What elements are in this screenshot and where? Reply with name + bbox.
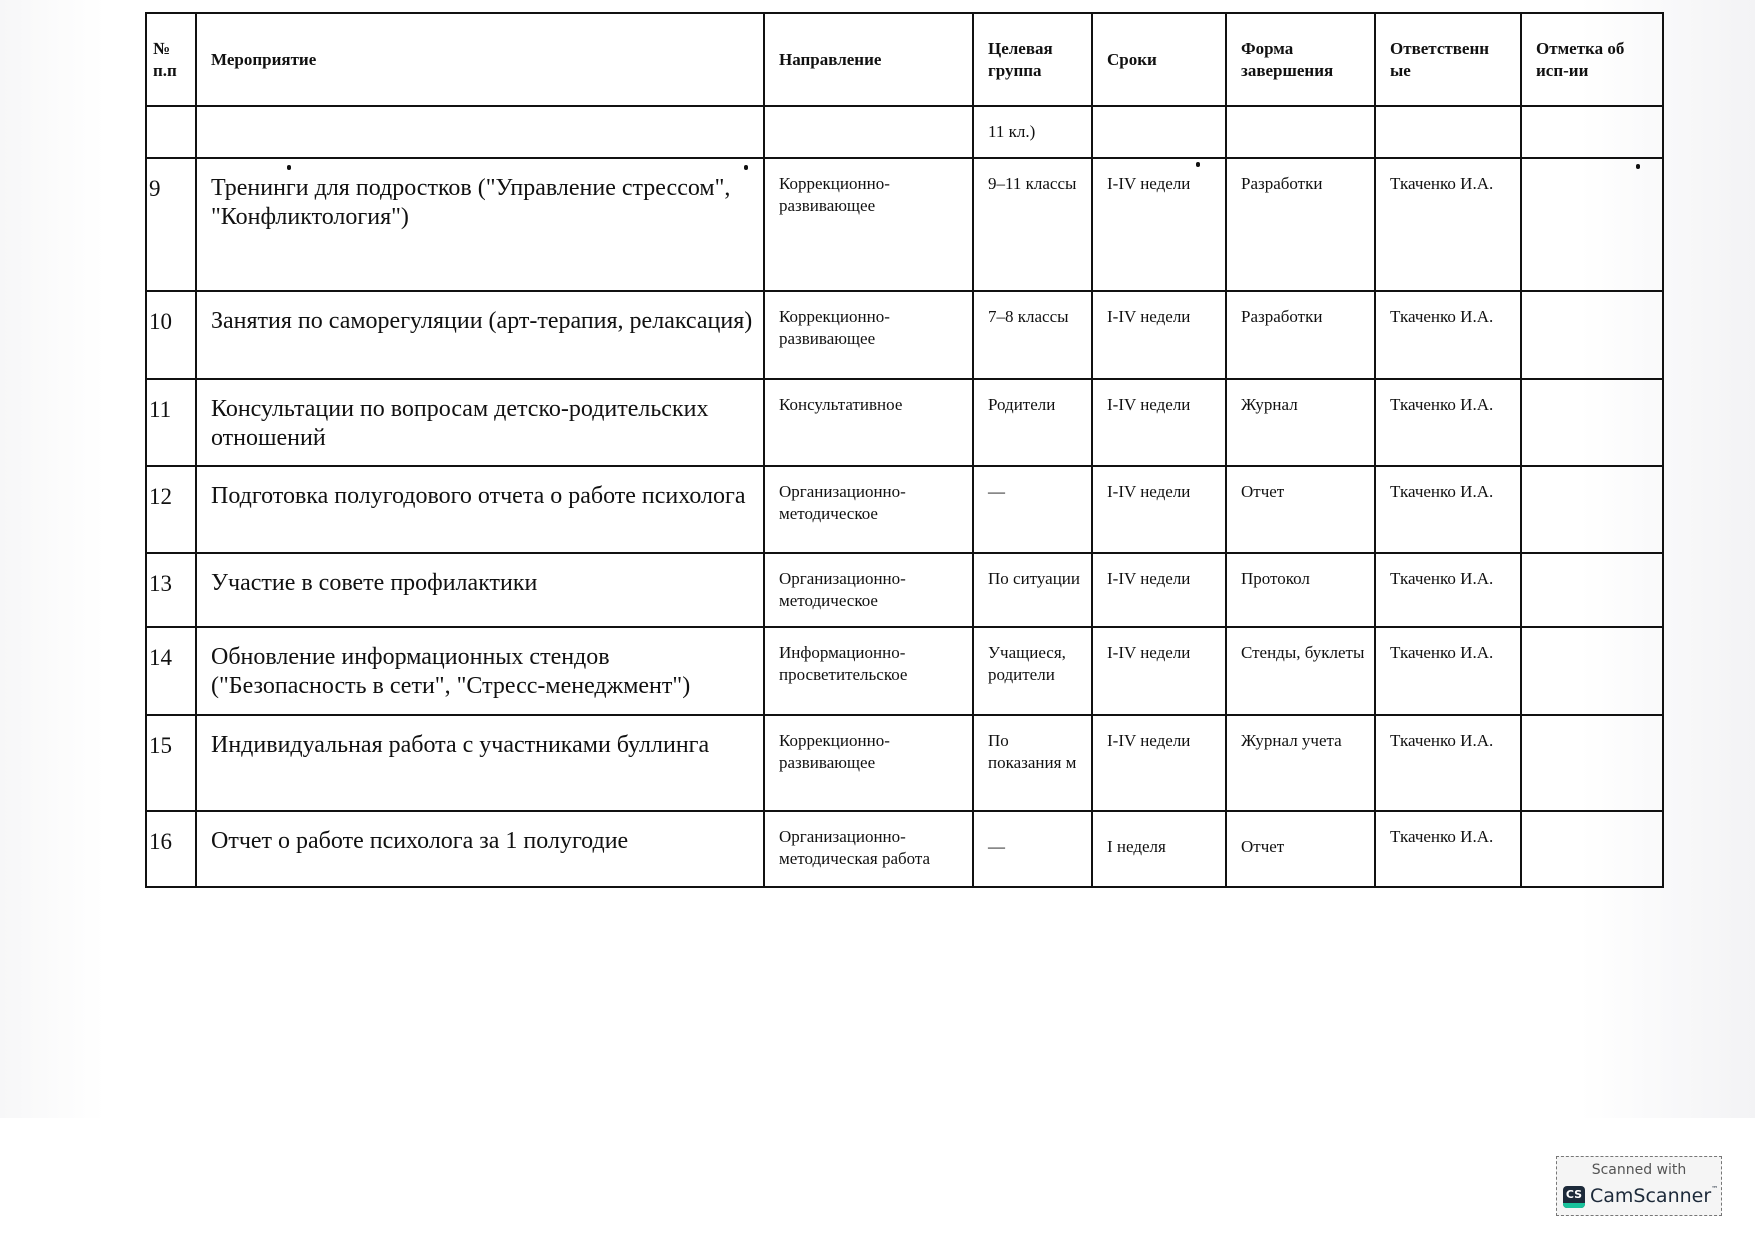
cell-responsible: Ткаченко И.А.	[1375, 553, 1521, 627]
cell-form: Протокол	[1226, 553, 1375, 627]
cell-direction: Коррекционно-развивающее	[764, 715, 973, 811]
cell-event: Подготовка полугодового отчета о работе …	[196, 466, 764, 553]
scan-speck	[1196, 162, 1200, 167]
cell-terms: I неделя	[1092, 811, 1226, 887]
cell-direction: Консультативное	[764, 379, 973, 466]
cell-responsible: Ткаченко И.А.	[1375, 627, 1521, 715]
cell-event: Индивидуальная работа с участниками булл…	[196, 715, 764, 811]
cell-mark	[1521, 466, 1663, 553]
cell-target: —	[973, 466, 1092, 553]
cell-terms: I-IV недели	[1092, 158, 1226, 291]
cell-direction: Организационно-методическое	[764, 466, 973, 553]
header-direction: Направление	[764, 13, 973, 106]
cell-direction	[764, 106, 973, 158]
cell-target: По показания м	[973, 715, 1092, 811]
cell-target: Родители	[973, 379, 1092, 466]
cell-event: Отчет о работе психолога за 1 полугодие	[196, 811, 764, 887]
table-row: 13Участие в совете профилактикиОрганизац…	[146, 553, 1663, 627]
cell-event: Участие в совете профилактики	[196, 553, 764, 627]
header-responsible: Ответственн ые	[1375, 13, 1521, 106]
cell-form: Разработки	[1226, 158, 1375, 291]
watermark-brand: CamScanner™	[1590, 1185, 1718, 1207]
cell-mark	[1521, 811, 1663, 887]
cell-target: 9–11 классы	[973, 158, 1092, 291]
table-row-continuation: 11 кл.)	[146, 106, 1663, 158]
cell-event: Обновление информационных стендов ("Безо…	[196, 627, 764, 715]
cell-num: 9	[146, 158, 196, 291]
cell-responsible: Ткаченко И.А.	[1375, 811, 1521, 887]
cell-event: Тренинги для подростков ("Управление стр…	[196, 158, 764, 291]
table-row: 16Отчет о работе психолога за 1 полугоди…	[146, 811, 1663, 887]
cell-form: Отчет	[1226, 811, 1375, 887]
table-row: 10Занятия по саморегуляции (арт-терапия,…	[146, 291, 1663, 379]
cell-form: Журнал	[1226, 379, 1375, 466]
cell-target: 7–8 классы	[973, 291, 1092, 379]
cell-num: 13	[146, 553, 196, 627]
cell-responsible: Ткаченко И.А.	[1375, 466, 1521, 553]
header-form: Форма завершения	[1226, 13, 1375, 106]
cell-num: 12	[146, 466, 196, 553]
camscanner-logo-icon: CS	[1563, 1186, 1585, 1208]
table-header-row: № п.п Мероприятие Направление Целевая гр…	[146, 13, 1663, 106]
cell-direction: Коррекционно-развивающее	[764, 158, 973, 291]
page-margin	[0, 1118, 1755, 1240]
cell-mark	[1521, 553, 1663, 627]
watermark-caption: Scanned with	[1557, 1162, 1721, 1178]
table-row: 14Обновление информационных стендов ("Бе…	[146, 627, 1663, 715]
cell-target: —	[973, 811, 1092, 887]
cell-mark	[1521, 158, 1663, 291]
cell-mark	[1521, 379, 1663, 466]
camscanner-watermark: Scanned with CS CamScanner™	[1556, 1156, 1722, 1216]
cell-target: 11 кл.)	[973, 106, 1092, 158]
cell-event	[196, 106, 764, 158]
header-mark: Отметка об исп-ии	[1521, 13, 1663, 106]
cell-terms: I-IV недели	[1092, 553, 1226, 627]
cell-mark	[1521, 715, 1663, 811]
cell-responsible: Ткаченко И.А.	[1375, 291, 1521, 379]
cell-direction: Коррекционно-развивающее	[764, 291, 973, 379]
cell-form: Разработки	[1226, 291, 1375, 379]
cell-target: Учащиеся, родители	[973, 627, 1092, 715]
cell-terms: I-IV недели	[1092, 466, 1226, 553]
table-row: 12Подготовка полугодового отчета о работ…	[146, 466, 1663, 553]
cell-form: Отчет	[1226, 466, 1375, 553]
cell-mark	[1521, 627, 1663, 715]
cell-event: Консультации по вопросам детско-родитель…	[196, 379, 764, 466]
cell-form	[1226, 106, 1375, 158]
cell-target: По ситуации	[973, 553, 1092, 627]
scan-speck	[287, 165, 291, 170]
cell-responsible: Ткаченко И.А.	[1375, 379, 1521, 466]
cell-form: Стенды, буклеты	[1226, 627, 1375, 715]
cell-num: 15	[146, 715, 196, 811]
header-target: Целевая группа	[973, 13, 1092, 106]
cell-num: 14	[146, 627, 196, 715]
scan-speck	[744, 165, 748, 170]
scan-speck	[1636, 164, 1640, 169]
table-row: 11Консультации по вопросам детско-родите…	[146, 379, 1663, 466]
cell-num: 10	[146, 291, 196, 379]
work-plan-table: № п.п Мероприятие Направление Целевая гр…	[145, 12, 1664, 888]
cell-form: Журнал учета	[1226, 715, 1375, 811]
cell-responsible	[1375, 106, 1521, 158]
cell-event: Занятия по саморегуляции (арт-терапия, р…	[196, 291, 764, 379]
header-num: № п.п	[146, 13, 196, 106]
table-row: 15Индивидуальная работа с участниками бу…	[146, 715, 1663, 811]
table-row: 9Тренинги для подростков ("Управление ст…	[146, 158, 1663, 291]
header-event: Мероприятие	[196, 13, 764, 106]
cell-mark	[1521, 291, 1663, 379]
cell-responsible: Ткаченко И.А.	[1375, 158, 1521, 291]
cell-direction: Организационно-методическое	[764, 553, 973, 627]
cell-terms	[1092, 106, 1226, 158]
cell-num: 11	[146, 379, 196, 466]
cell-terms: I-IV недели	[1092, 715, 1226, 811]
cell-mark	[1521, 106, 1663, 158]
cell-num: 16	[146, 811, 196, 887]
cell-direction: Организационно-методическая работа	[764, 811, 973, 887]
cell-terms: I-IV недели	[1092, 291, 1226, 379]
cell-terms: I-IV недели	[1092, 379, 1226, 466]
cell-num	[146, 106, 196, 158]
cell-terms: I-IV недели	[1092, 627, 1226, 715]
cell-direction: Информационно-просветительское	[764, 627, 973, 715]
header-terms: Сроки	[1092, 13, 1226, 106]
cell-responsible: Ткаченко И.А.	[1375, 715, 1521, 811]
